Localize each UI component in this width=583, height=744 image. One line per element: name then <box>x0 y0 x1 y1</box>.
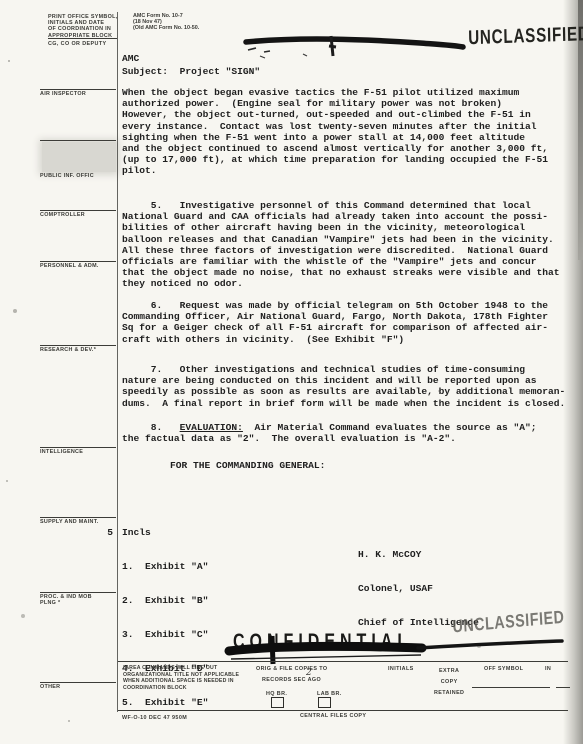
off-symbol-label: OFF SYMBOL <box>484 666 523 672</box>
header-rule <box>48 38 117 39</box>
margin-label-public-inf: PUBLIC INF. OFFIC <box>40 172 116 179</box>
subject-line: Subject: Project "SIGN" <box>122 66 260 77</box>
margin-label-air-inspector: AIR INSPECTOR <box>40 89 116 97</box>
paragraph-4: When the object began evasive tactics th… <box>122 87 574 177</box>
signature-rank: Colonel, USAF <box>358 583 479 595</box>
off-symbol-line <box>472 687 550 688</box>
confidential-stamp-struck: CONFIDENTIAL <box>233 631 412 654</box>
form-number: AMC Form No. 10-7 (18 Nov 47) (Old AMC F… <box>133 13 243 32</box>
margin-label-comptroller: COMPTROLLER <box>40 210 116 218</box>
scan-noise <box>8 60 10 62</box>
in-line <box>556 687 570 688</box>
hq-br-checkbox <box>271 697 284 708</box>
incls-list: 1. Exhibit "A" 2. Exhibit "B" 3. Exhibit… <box>122 539 208 730</box>
incl-item: 5. Exhibit "E" <box>122 697 208 708</box>
incl-item: 1. Exhibit "A" <box>122 561 208 572</box>
margin-label-proc: PROC. & IND MOB PLNG * <box>40 592 116 606</box>
form-top-rule <box>118 661 568 662</box>
incl-item: 2. Exhibit "B" <box>122 595 208 606</box>
incls-count: 5 <box>98 527 113 538</box>
paragraph-5: 5. Investigative personnel of this Comma… <box>122 200 574 290</box>
signature-name: H. K. McCOY <box>358 549 479 561</box>
initials-label: INITIALS <box>388 666 414 672</box>
margin-label-research: RESEARCH & DEV.* <box>40 345 116 353</box>
records-sec-label: RECORDS SEC AGO <box>262 677 321 683</box>
margin-label-personnel: PERSONNEL & ADM. <box>40 261 116 269</box>
in-label: IN <box>545 666 551 672</box>
closing-line: FOR THE COMMANDING GENERAL: <box>170 460 325 471</box>
coordination-rule <box>117 12 118 712</box>
area-commands-note: *AREA COMMANDS WILL LINE OUT ORGANIZATIO… <box>123 665 247 691</box>
lab-br-checkbox <box>318 697 331 708</box>
margin-rule <box>40 140 116 141</box>
org-line: AMC <box>122 53 139 64</box>
copies-to-label: ORIG & FILE COPIES TO <box>256 666 328 672</box>
margin-label-intelligence: INTELLIGENCE <box>40 447 116 455</box>
extra-copy-label: EXTRA COPY RETAINED <box>434 666 464 699</box>
form-bottom-rule <box>118 710 568 711</box>
evaluation-label: EVALUATION: <box>180 422 243 433</box>
paragraph-7: 7. Other investigations and technical st… <box>122 364 574 409</box>
margin-label-other: OTHER <box>40 682 116 690</box>
unclassified-stamp-top: UNCLASSIFIED <box>468 24 583 51</box>
incls-label: Incls <box>122 527 151 538</box>
paragraph-8-number: 8. <box>122 422 180 433</box>
form-code: WF-O-10 DEC 47 950M <box>122 715 187 721</box>
document-page: PRINT OFFICE SYMBOL, INITIALS AND DATE O… <box>0 0 583 744</box>
paragraph-8: 8. EVALUATION: Air Material Command eval… <box>122 422 574 444</box>
incl-item: 3. Exhibit "C" <box>122 629 208 640</box>
paragraph-6: 6. Request was made by official telegram… <box>122 300 574 345</box>
scan-smudge <box>42 142 116 172</box>
margin-label-supply: SUPPLY AND MAINT. <box>40 517 116 525</box>
central-files-label: CENTRAL FILES COPY <box>300 713 366 719</box>
deputy-line: CG, CO OR DEPUTY <box>48 41 107 47</box>
